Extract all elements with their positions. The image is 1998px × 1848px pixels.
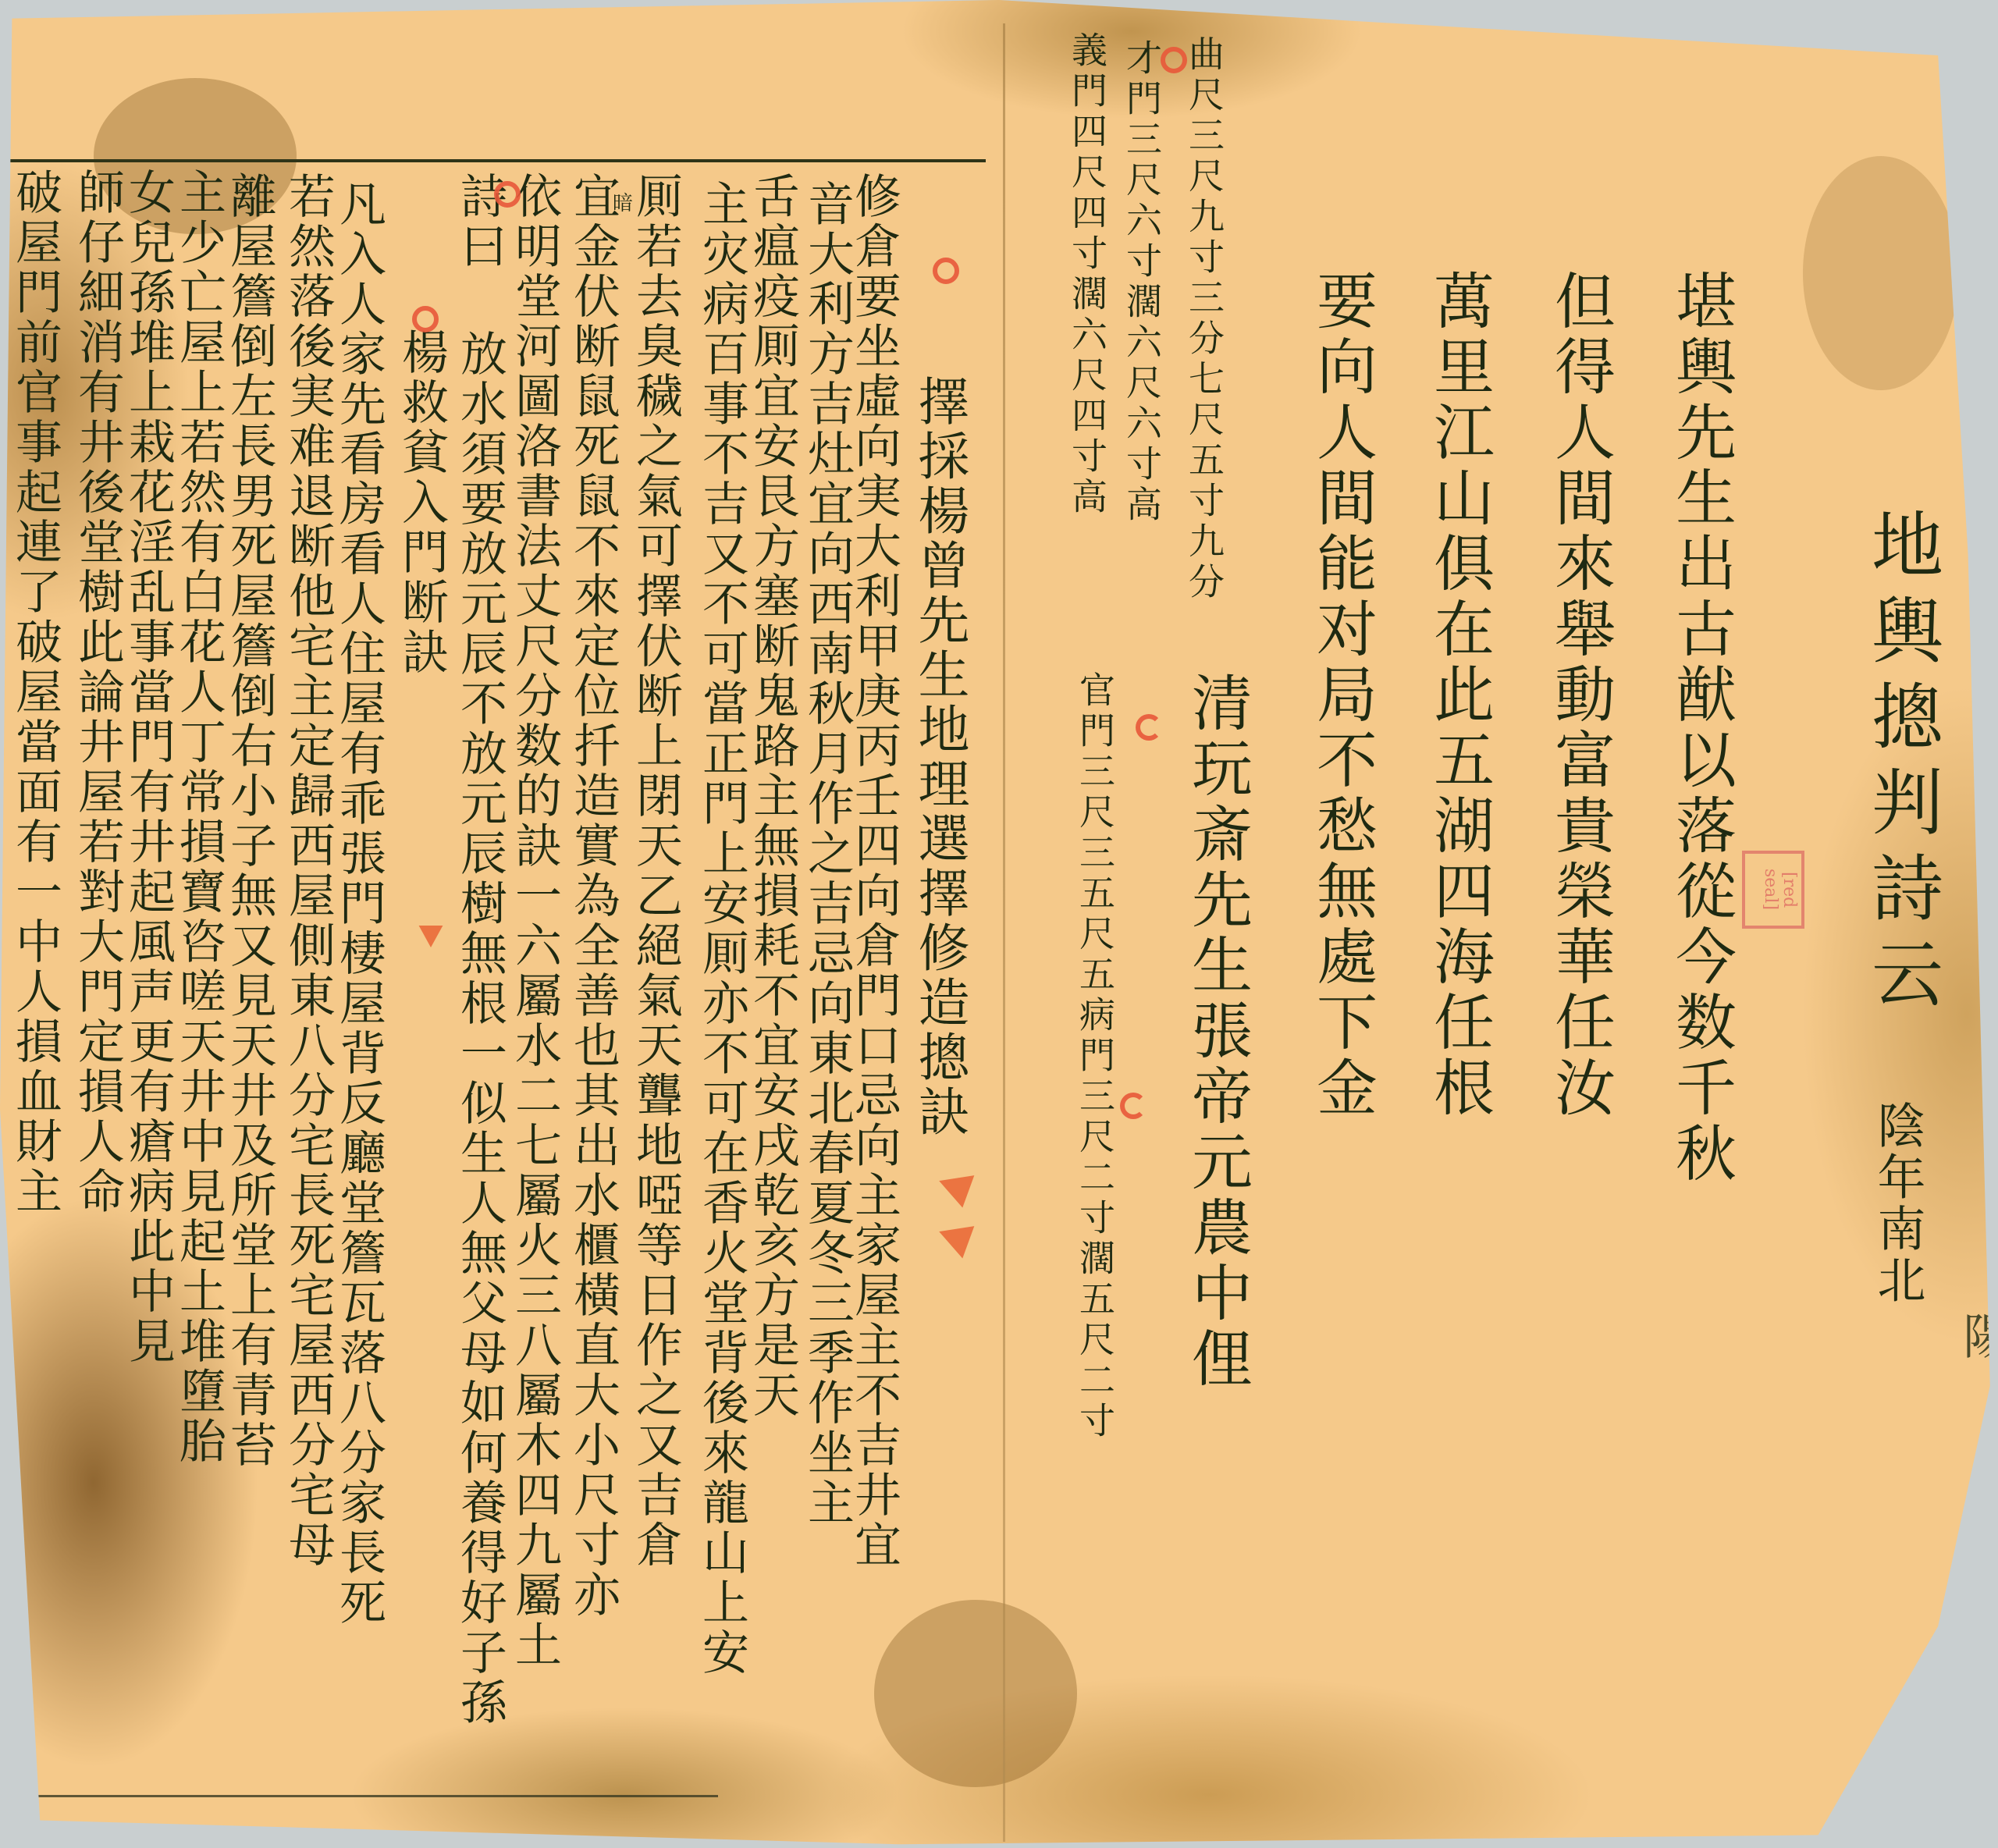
text-column-14: 師仔細消有井後堂樹此論井屋若對大門定損人命	[74, 168, 121, 1217]
margin-fragment: 陽	[1959, 1311, 1998, 1363]
interlinear-note: 暗	[613, 187, 633, 216]
subsection-heading: 楊救貧入門断訣	[398, 328, 445, 677]
right-page-title: 地輿摠判詩云	[1865, 507, 1937, 1022]
text-column-15: 破屋門前官事起連了破屋當面有一中人損血財主	[12, 168, 59, 1217]
section-heading: 擇採楊曾先生地理選擇修造摠訣	[913, 375, 965, 1139]
text-column-10: 若然落後実难退断他宅主定歸西屋側東八分宅長死宅屋西分宅母	[285, 172, 332, 1570]
poem-author-line: 清玩斎先生張帝元農中俚	[1186, 671, 1247, 1392]
red-circle-mark	[933, 258, 959, 284]
header-rule	[6, 159, 986, 162]
water-stain	[874, 1600, 1077, 1787]
measurement-line-4: 官門三尺三五尺五病門三尺二寸濶五尺二寸	[1077, 671, 1113, 1442]
red-circle-mark	[1161, 47, 1187, 73]
measurement-line-2: 才門三尺六寸濶六尺六寸高	[1124, 39, 1160, 526]
text-column-11: 離屋簷倒左長男死屋簷倒右小子無又見天井及所堂上有青苔	[226, 172, 273, 1470]
red-triangle-mark	[419, 926, 443, 947]
poem-line-3: 萬里江山俱在此五湖四海任根	[1428, 269, 1489, 1121]
text-column-5: 厠若去臭穢之氣可擇伏断上閉天乙絕氣天聾地啞等日作之又吉倉	[632, 172, 679, 1570]
red-triangle-mark	[933, 1215, 975, 1258]
footer-rule	[31, 1795, 718, 1797]
text-column-13: 女兒孫堆上栽花淫乱事當門有井起風声更有瘡病此中見	[125, 168, 172, 1366]
water-stain	[1803, 156, 1959, 390]
text-column-9: 凡入人家先看房看人住屋有乖張門棲屋背反廳堂簷瓦落八分家長死	[336, 179, 382, 1628]
red-circle-mark	[494, 181, 521, 208]
poem-line-4: 要向人間能对局不愁無處下金	[1311, 269, 1372, 1121]
text-column-6: 宜金伏断鼠死鼠不來定位扦造實為全善也其出水櫃橫直大小尺寸亦	[570, 172, 617, 1620]
poem-line-1: 堪輿先生出古猷以落從今数千秋	[1670, 269, 1731, 1187]
text-column-8: 詩曰 放水須要放元辰不放元辰樹無根一似生人無父母如何養得好子孫	[457, 172, 503, 1728]
red-seal: [red seal]	[1742, 851, 1804, 929]
red-circle-mark	[1136, 714, 1162, 741]
text-column-7: 依明堂河圖洛書法丈尺分数的訣一六屬水二七屬火三八屬木四九屬土	[511, 172, 558, 1670]
text-column-3: 舌瘟疫厠宜安艮方塞断鬼路主無損耗不宜安戌乾亥方是天	[749, 172, 796, 1420]
text-column-4: 主灾病百事不吉又不可當正門上安厠亦不可在香火堂背後來龍山上安	[699, 179, 745, 1678]
book-spread: 地輿摠判詩云 陰年南北 陽 [red seal] 堪輿先生出古猷以落從今数千秋 …	[0, 0, 1998, 1848]
measurement-line-3: 義門四尺四寸濶六尺四寸高	[1069, 31, 1105, 518]
page-fold	[1003, 23, 1005, 1842]
red-circle-mark	[1120, 1093, 1147, 1119]
red-circle-mark	[412, 306, 439, 332]
text-column-1: 修倉要坐虛向実大利甲庚丙壬四向倉門口忌向主家屋主不吉井宜	[851, 172, 898, 1570]
poem-line-2: 但得人間來舉動富貴榮華任汝	[1549, 269, 1610, 1121]
text-column-12: 主少亡屋上若然有白花人丁常損寶咨嗟天井中見起土堆墮胎	[176, 168, 222, 1466]
text-column-2: 音大利方吉灶宜向西南秋月作之吉忌向東北春夏冬三季作坐主	[804, 179, 851, 1528]
red-triangle-mark	[933, 1164, 975, 1207]
measurement-line-1: 曲尺三尺九寸三分七尺五寸九分	[1186, 35, 1222, 603]
right-page-subtitle: 陰年南北	[1873, 1100, 1922, 1306]
